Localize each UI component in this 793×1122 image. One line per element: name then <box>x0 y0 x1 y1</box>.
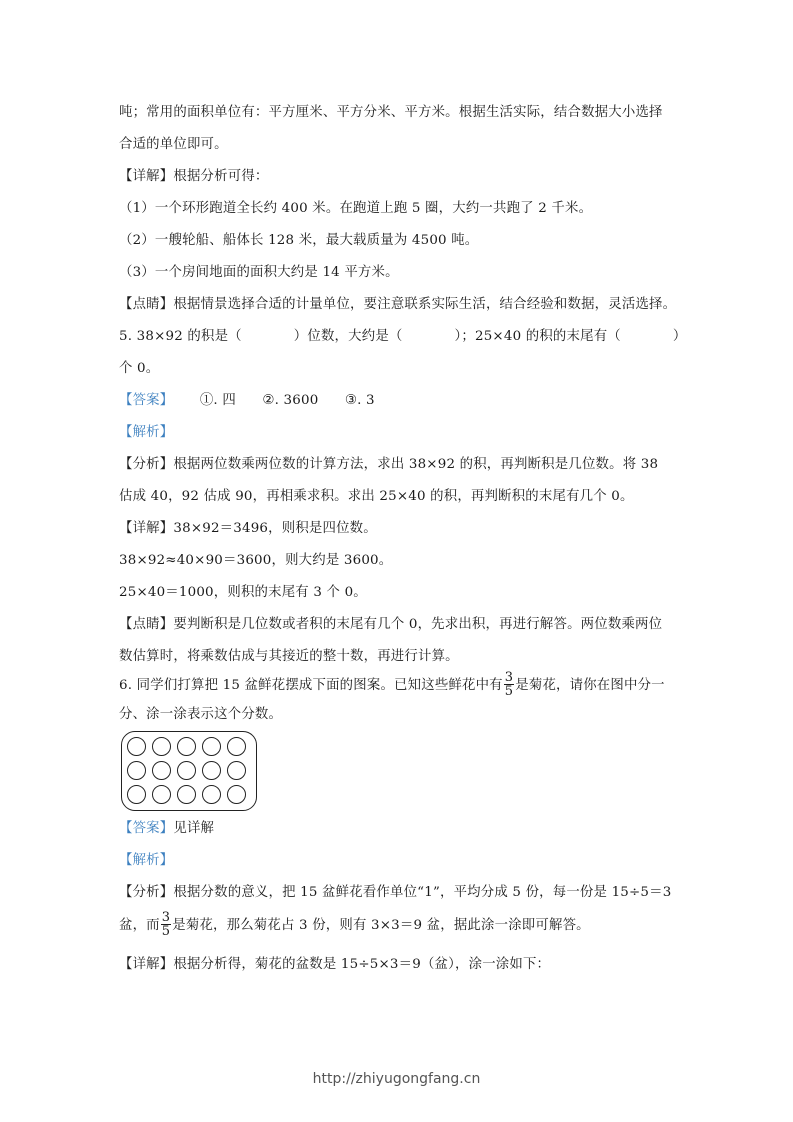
detail-text: 根据分析可得： <box>173 169 268 184</box>
tip-text: 根据情景选择合适的计量单位，要注意联系实际生活，结合经验和数据，灵活选择。 <box>173 297 676 312</box>
intro-line-1: 吨；常用的面积单位有：平方厘米、平方分米、平方米。根据生活实际，结合数据大小选择 <box>119 104 663 122</box>
detail-label: 【详解】 <box>119 521 173 536</box>
q6-answer: 【答案】见详解 <box>119 820 214 838</box>
q5-detail-line-3: 25×40＝1000，则积的末尾有 3 个 0。 <box>119 584 367 602</box>
flower-pattern-frame <box>121 731 257 811</box>
fraction-three-fifths: 35 <box>161 911 171 938</box>
question-number: 5. <box>119 329 132 344</box>
flower-circle[interactable] <box>227 761 246 780</box>
tip-label: 【点睛】 <box>119 617 173 632</box>
flower-circle[interactable] <box>127 737 146 756</box>
answer-1: ①. 四 <box>200 393 236 408</box>
tip-label: 【点睛】 <box>119 297 173 312</box>
question-number: 6. <box>119 678 132 693</box>
fraction-three-fifths: 35 <box>504 671 514 698</box>
q6-analysis-line-2: 盆，而35是菊花，那么菊花占 3 份，则有 3×3＝9 盆，据此涂一涂即可解答。 <box>119 912 590 939</box>
answer-label: 【答案】 <box>119 393 173 408</box>
q5-question-line-1: 5. 38×92 的积是（）位数，大约是（）；25×40 的积的末尾有（） <box>119 328 686 346</box>
q6-analysis-label: 【解析】 <box>119 852 173 870</box>
flower-circle[interactable] <box>152 737 171 756</box>
flower-circle[interactable] <box>202 761 221 780</box>
q5-analysis-label: 【解析】 <box>119 424 173 442</box>
q4-detail: 【详解】根据分析可得： <box>119 168 269 186</box>
flower-circle[interactable] <box>127 761 146 780</box>
q5-tip-line-2: 数估算时，将乘数估成与其接近的整十数，再进行计算。 <box>119 648 459 666</box>
flower-circle[interactable] <box>227 737 246 756</box>
detail-label: 【详解】 <box>119 957 173 972</box>
detail-label: 【详解】 <box>119 169 173 184</box>
q5-detail-line-1: 【详解】38×92＝3496，则积是四位数。 <box>119 520 377 538</box>
q4-item-3: （3）一个房间地面的面积大约是 14 平方米。 <box>119 264 399 282</box>
flower-circle[interactable] <box>227 785 246 804</box>
flower-circle[interactable] <box>202 737 221 756</box>
analysis-label: 【分析】 <box>119 885 173 900</box>
q4-item-1: （1）一个环形跑道全长约 400 米。在跑道上跑 5 圈，大约一共跑了 2 千米… <box>119 200 592 218</box>
footer-url[interactable]: http://zhiyugongfang.cn <box>0 1071 793 1087</box>
q5-answer: 【答案】 ①. 四 ②. 3600 ③. 3 <box>119 392 375 410</box>
flower-circle[interactable] <box>127 785 146 804</box>
flower-grid <box>127 737 247 805</box>
analysis-label: 【分析】 <box>119 457 173 472</box>
flower-circle[interactable] <box>177 785 196 804</box>
q4-item-2: （2）一艘轮船、船体长 128 米，最大载质量为 4500 吨。 <box>119 232 478 250</box>
q6-analysis-line-1: 【分析】根据分数的意义，把 15 盆鲜花看作单位“1”，平均分成 5 份，每一份… <box>119 884 671 902</box>
flower-circle[interactable] <box>202 785 221 804</box>
flower-circle[interactable] <box>152 761 171 780</box>
q6-question-line-1: 6. 同学们打算把 15 盆鲜花摆成下面的图案。已知这些鲜花中有35是菊花，请你… <box>119 672 665 699</box>
flower-circle[interactable] <box>152 785 171 804</box>
q5-detail-line-2: 38×92≈40×90＝3600，则大约是 3600。 <box>119 552 392 570</box>
intro-line-2: 合适的单位即可。 <box>119 136 228 154</box>
answer-2: ②. 3600 <box>262 393 318 408</box>
flower-circle[interactable] <box>177 737 196 756</box>
q5-question-line-2: 个 0。 <box>119 360 159 378</box>
q5-analysis-line-1: 【分析】根据两位数乘两位数的计算方法，求出 38×92 的积，再判断积是几位数。… <box>119 456 658 474</box>
flower-circle[interactable] <box>177 761 196 780</box>
answer-3: ③. 3 <box>345 393 375 408</box>
q6-question-line-2: 分、涂一涂表示这个分数。 <box>119 706 282 724</box>
answer-label: 【答案】 <box>119 821 173 836</box>
q5-tip-line-1: 【点睛】要判断积是几位数或者积的末尾有几个 0，先求出积，再进行解答。两位数乘两… <box>119 616 662 634</box>
q6-detail: 【详解】根据分析得，菊花的盆数是 15÷5×3＝9（盆），涂一涂如下： <box>119 956 550 974</box>
q5-analysis-line-2: 估成 40，92 估成 90，再相乘求积。求出 25×40 的积，再判断积的末尾… <box>119 488 634 506</box>
answer-text: 见详解 <box>173 821 214 836</box>
q4-tip: 【点睛】根据情景选择合适的计量单位，要注意联系实际生活，结合经验和数据，灵活选择… <box>119 296 676 314</box>
